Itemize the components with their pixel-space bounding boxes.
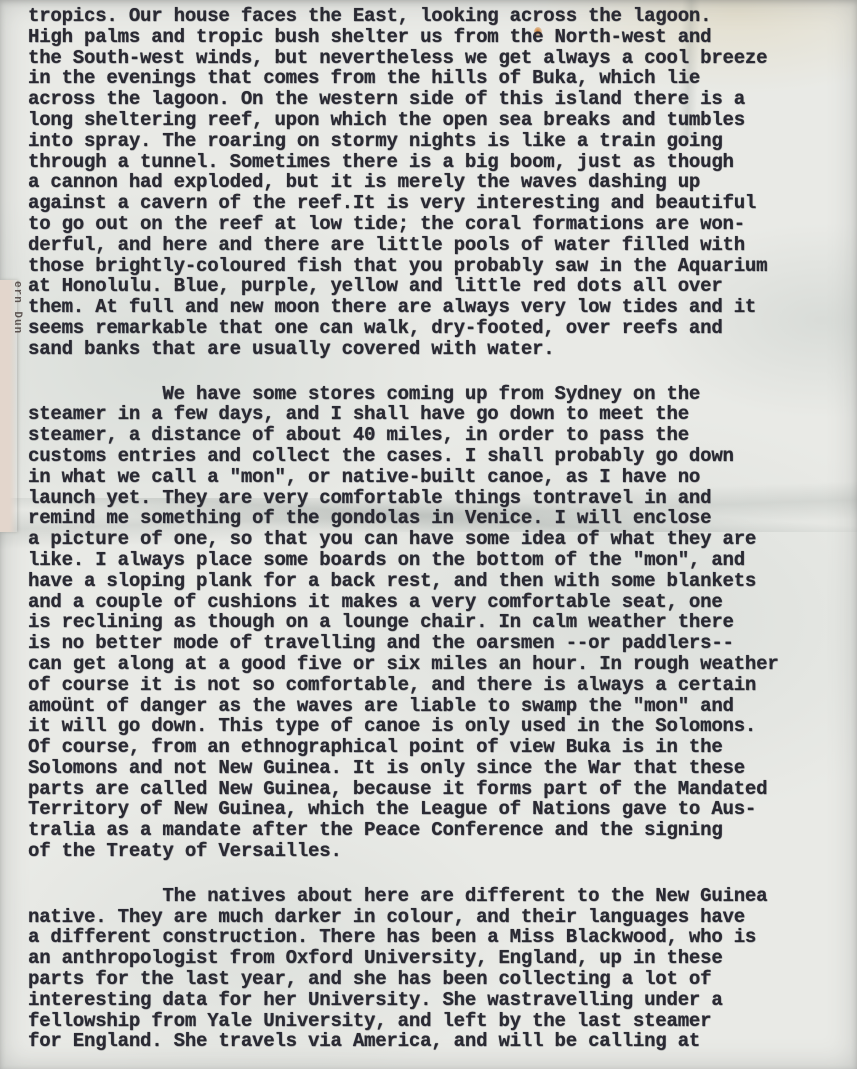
letter-body: tropics. Our house faces the East, looki…	[0, 0, 857, 1052]
letter-line: interesting data for her University. She…	[28, 990, 857, 1011]
paragraph-1: tropics. Our house faces the East, looki…	[28, 6, 857, 360]
letter-line: is no better mode of travelling and the …	[28, 633, 857, 654]
letter-line: Solomons and not New Guinea. It is only …	[28, 758, 857, 779]
paragraph-2: We have some stores coming up from Sydne…	[28, 384, 857, 862]
letter-line: steamer in a few days, and I shall have …	[28, 404, 857, 425]
paragraph-3: The natives about here are different to …	[28, 886, 857, 1052]
letter-line: amoünt of danger as the waves are liable…	[28, 696, 857, 717]
letter-line: have a sloping plank for a back rest, an…	[28, 571, 857, 592]
letter-line: of course it is not so comfortable, and …	[28, 675, 857, 696]
letter-line: High palms and tropic bush shelter us fr…	[28, 27, 857, 48]
letter-line: Territory of New Guinea, which the Leagu…	[28, 799, 857, 820]
letter-line: the South-west winds, but nevertheless w…	[28, 48, 857, 69]
letter-line: customs entries and collect the cases. I…	[28, 446, 857, 467]
letter-line: can get along at a good five or six mile…	[28, 654, 857, 675]
letter-line: parts for the last year, and she has bee…	[28, 969, 857, 990]
letter-line: a picture of one, so that you can have s…	[28, 529, 857, 550]
letter-line: fellowship from Yale University, and lef…	[28, 1011, 857, 1032]
letter-line: native. They are much darker in colour, …	[28, 907, 857, 928]
letter-line: remind me something of the gondolas in V…	[28, 508, 857, 529]
letter-line: and a couple of cushions it makes a very…	[28, 592, 857, 613]
letter-line: for England. She travels via America, an…	[28, 1031, 857, 1052]
letter-line: derful, and here and there are little po…	[28, 235, 857, 256]
letter-line: steamer, a distance of about 40 miles, i…	[28, 425, 857, 446]
letter-page: ern Dun tropics. Our house faces the Eas…	[0, 0, 857, 1069]
letter-line: is reclining as though on a lounge chair…	[28, 612, 857, 633]
letter-line: launch yet. They are very comfortable th…	[28, 488, 857, 509]
letter-line: a different construction. There has been…	[28, 927, 857, 948]
letter-line: in what we call a "mon", or native-built…	[28, 467, 857, 488]
letter-line: like. I always place some boards on the …	[28, 550, 857, 571]
letter-line: to go out on the reef at low tide; the c…	[28, 214, 857, 235]
letter-line: them. At full and new moon there are alw…	[28, 297, 857, 318]
letter-line: an anthropologist from Oxford University…	[28, 948, 857, 969]
letter-line: into spray. The roaring on stormy nights…	[28, 131, 857, 152]
letter-line: those brightly-coloured fish that you pr…	[28, 256, 857, 277]
letter-line: of the Treaty of Versailles.	[28, 841, 857, 862]
letter-line: The natives about here are different to …	[28, 886, 857, 907]
letter-line: against a cavern of the reef.It is very …	[28, 193, 857, 214]
letter-line: long sheltering reef, upon which the ope…	[28, 110, 857, 131]
letter-line: We have some stores coming up from Sydne…	[28, 384, 857, 405]
letter-line: seems remarkable that one can walk, dry-…	[28, 318, 857, 339]
letter-line: Of course, from an ethnographical point …	[28, 737, 857, 758]
letter-line: tropics. Our house faces the East, looki…	[28, 6, 857, 27]
letter-line: parts are called New Guinea, because it …	[28, 779, 857, 800]
letter-line: in the evenings that comes from the hill…	[28, 68, 857, 89]
letter-line: sand banks that are usually covered with…	[28, 339, 857, 360]
letter-line: a cannon had exploded, but it is merely …	[28, 172, 857, 193]
letter-line: it will go down. This type of canoe is o…	[28, 716, 857, 737]
letter-line: tralia as a mandate after the Peace Conf…	[28, 820, 857, 841]
letter-line: at Honolulu. Blue, purple, yellow and li…	[28, 276, 857, 297]
letter-line: through a tunnel. Sometimes there is a b…	[28, 152, 857, 173]
letter-line: across the lagoon. On the western side o…	[28, 89, 857, 110]
